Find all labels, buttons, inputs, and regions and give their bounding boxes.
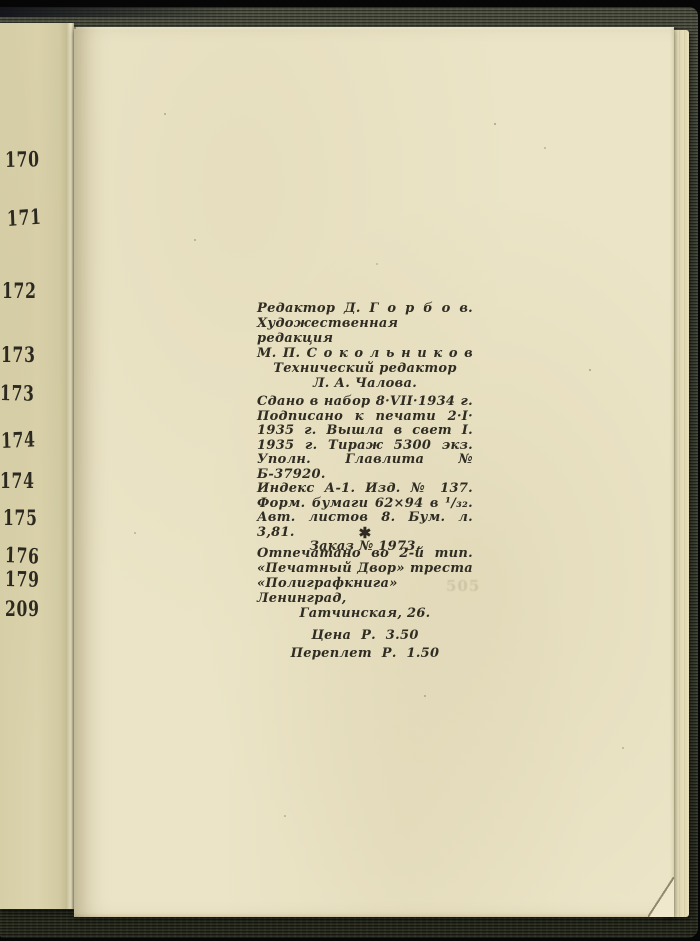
printer-line: «Полиграфкнига» Ленинград, <box>257 576 473 606</box>
printer-line: Отпечатано во 2-й тип. <box>257 546 473 561</box>
price-line: Переплет Р. 1.50 <box>257 645 473 663</box>
print-info-line: Уполн. Главлита № Б-37920. <box>257 453 473 482</box>
page-number: 175 <box>3 505 38 530</box>
page-number: 173 <box>0 380 35 406</box>
price-line: Цена Р. 3.50 <box>257 627 473 645</box>
editors-line: М. П. С о к о л ь н и к о в <box>257 346 473 361</box>
book-photo: 170171172173173174174175176179209 Редакт… <box>0 0 700 941</box>
print-info-line: 1935 г. Вышла в свет I. <box>257 424 473 439</box>
colophon-page: Редактор Д. Г о р б о в.Художественная р… <box>74 27 674 917</box>
printer-line: Гатчинская, 26. <box>257 606 473 621</box>
print-info-line: Форм. бумаги 62×94 в ¹/₃₂. <box>257 497 473 512</box>
page-number: 179 <box>5 566 40 592</box>
page-number: 172 <box>2 278 37 303</box>
print-info-line: 1935 г. Тираж 5300 экз. <box>257 439 473 454</box>
page-number: 174 <box>0 468 35 493</box>
folded-corner <box>648 877 674 917</box>
print-info-line: Индекс А-1. Изд. № 137. <box>257 482 473 497</box>
facing-page-edge: 170171172173173174174175176179209 <box>0 23 74 909</box>
price-block: Цена Р. 3.50Переплет Р. 1.50 <box>257 627 473 663</box>
print-info-line: Сдано в набор 8·VII·1934 г. <box>257 395 473 410</box>
cover-top-shadow <box>0 7 240 17</box>
paper-specks <box>74 27 76 29</box>
page-number: 176 <box>5 542 40 569</box>
print-info-line: Подписано к печати 2·I· <box>257 410 473 425</box>
editors-block: Редактор Д. Г о р б о в.Художественная р… <box>257 301 473 391</box>
page-number: 173 <box>1 342 36 367</box>
page-number: 174 <box>1 426 36 453</box>
page-number: 170 <box>5 146 40 172</box>
asterisk-divider: ✱ <box>257 526 473 541</box>
editors-line: Л. А. Чалова. <box>257 376 473 391</box>
page-number: 209 <box>5 596 40 621</box>
editors-line: Технический редактор <box>257 361 473 376</box>
showthrough-text: 505 <box>446 577 480 595</box>
editors-line: Художественная редакция <box>257 316 473 346</box>
printer-block: Отпечатано во 2-й тип.«Печатный Двор» тр… <box>257 546 473 621</box>
printer-line: «Печатный Двор» треста <box>257 561 473 576</box>
editors-line: Редактор Д. Г о р б о в. <box>257 301 473 316</box>
page-number: 171 <box>7 204 43 231</box>
